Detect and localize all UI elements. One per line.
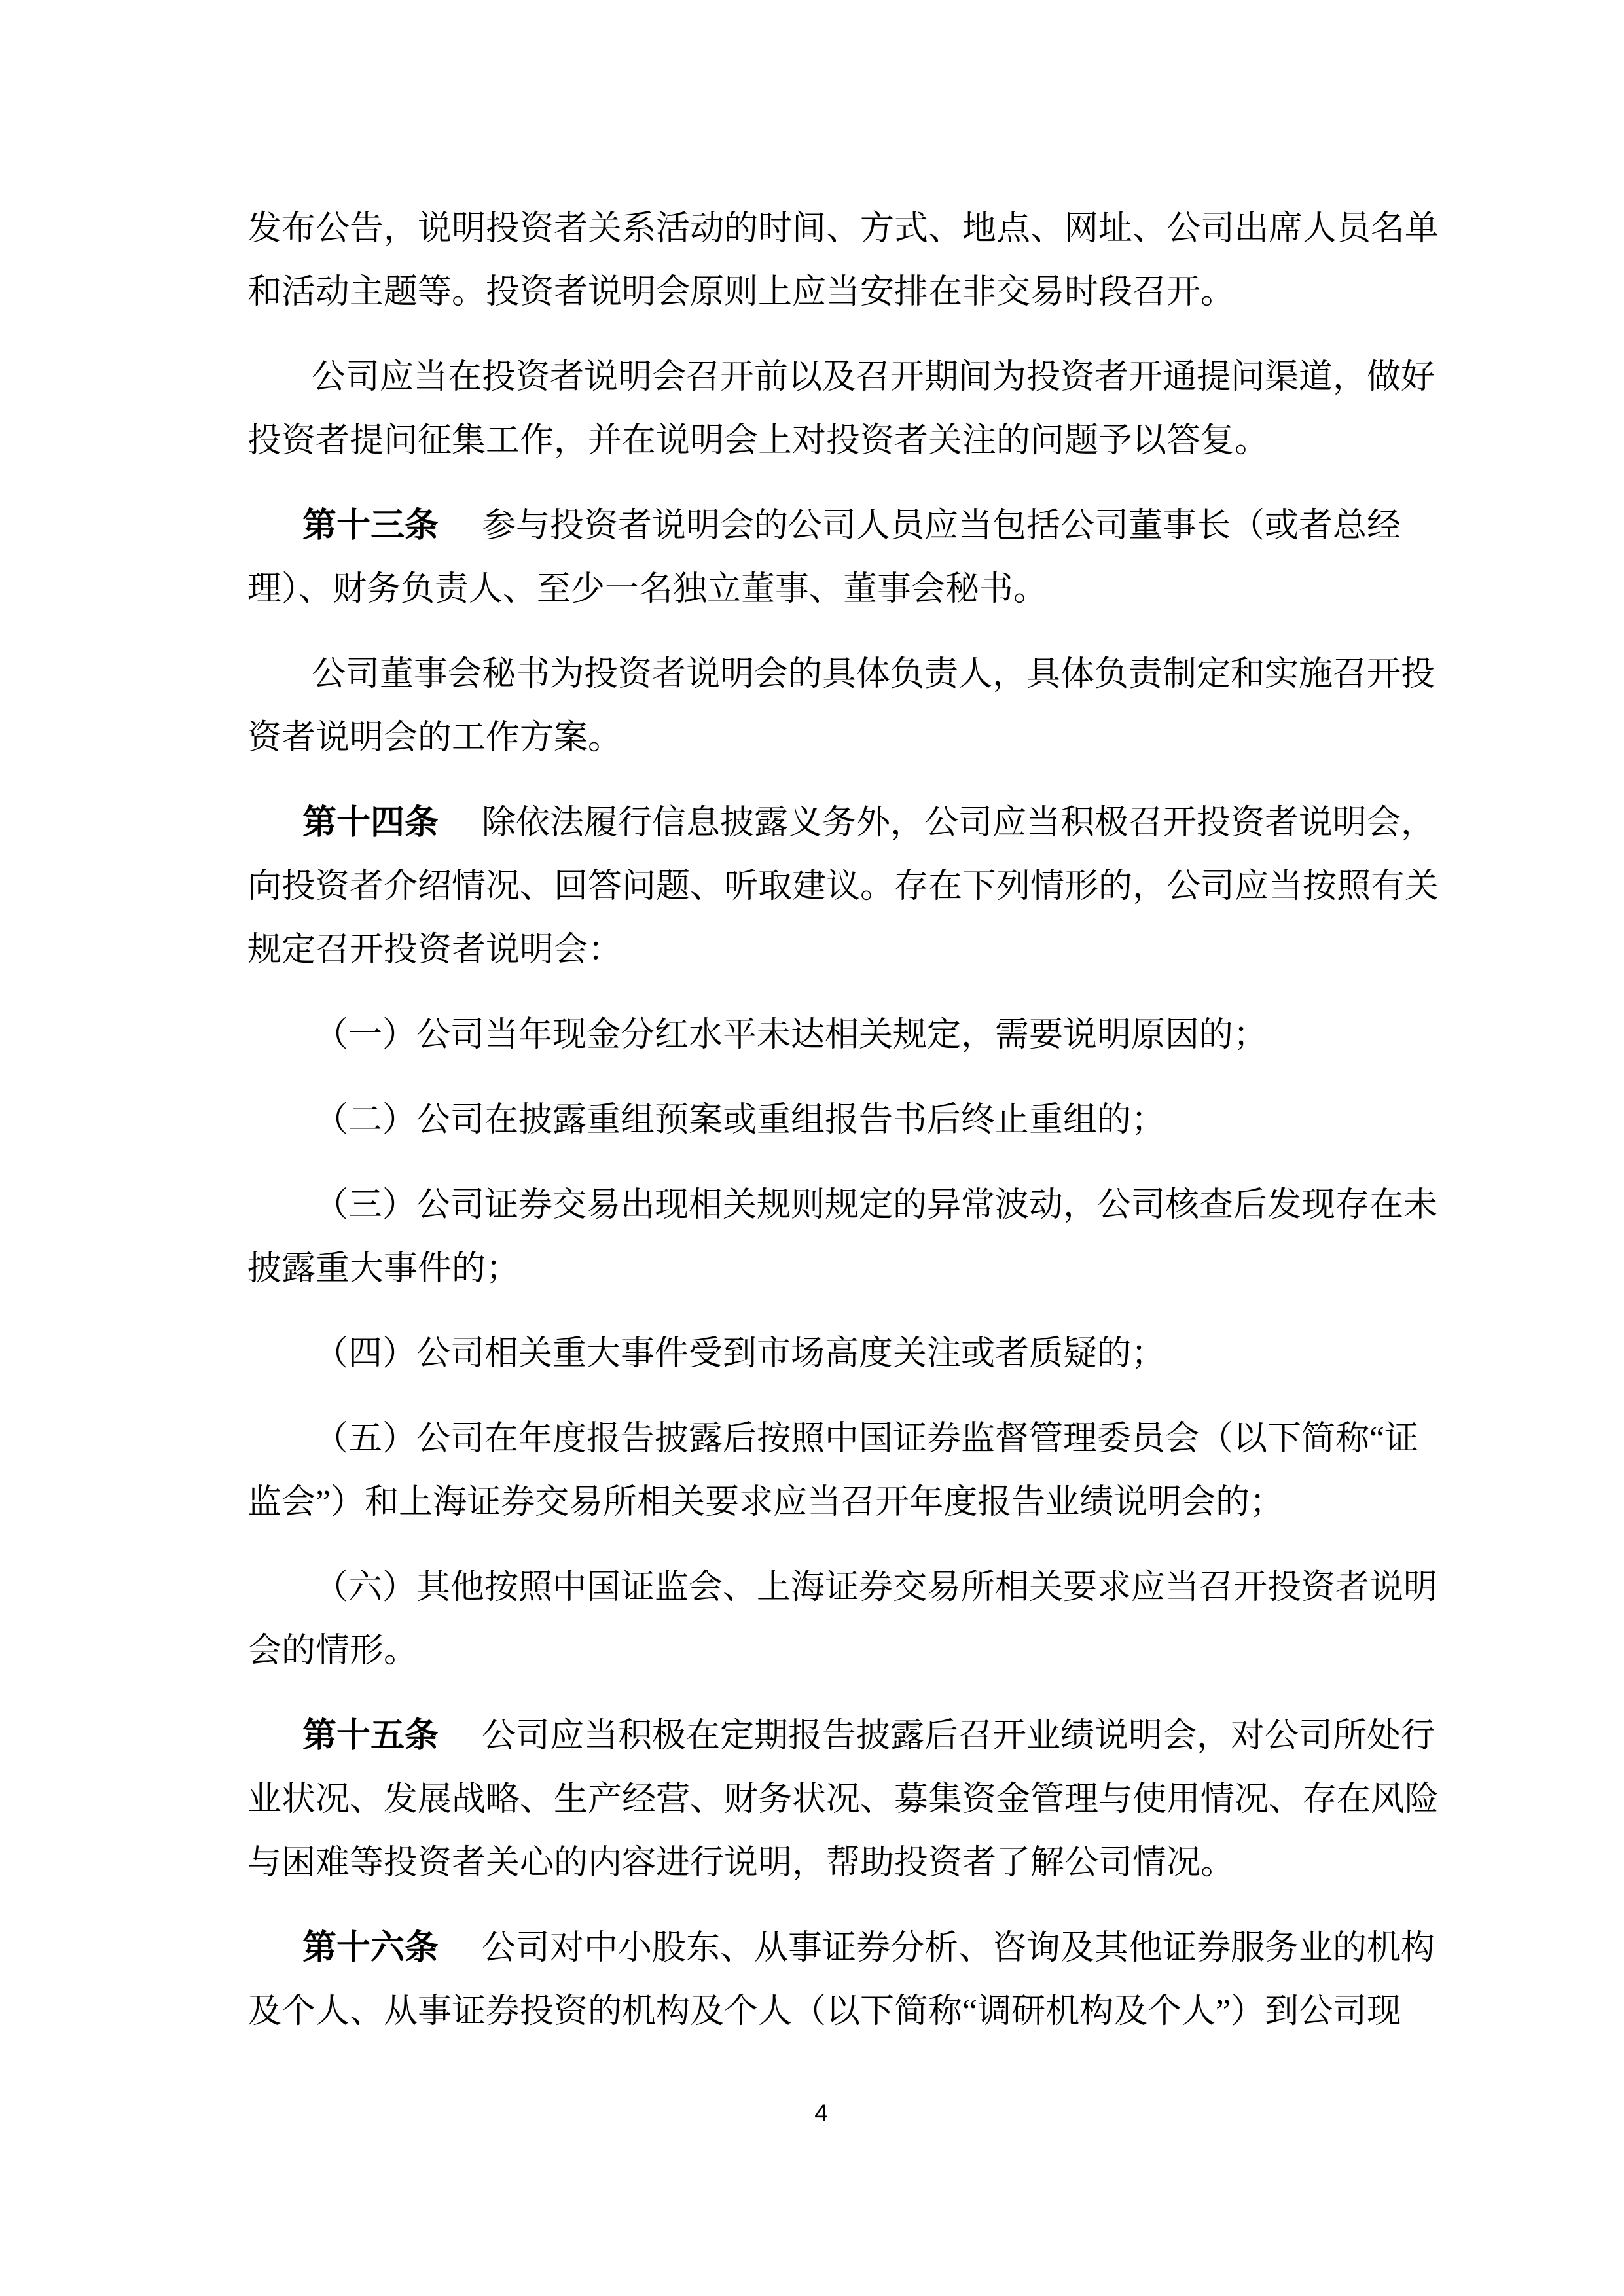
text-line: 规定召开投资者说明会： [247, 918, 1379, 982]
article-number: 第十六条 [302, 1916, 439, 1980]
article-number: 第十三条 [302, 494, 439, 558]
document-page: 发布公告，说明投资者关系活动的时间、方式、地点、网址、公司出席人员名单 和活动主… [0, 0, 1624, 2296]
text-line: 第十五条 公司应当积极在定期报告披露后召开业绩说明会，对公司所处行 [247, 1704, 1379, 1768]
text-line: 投资者提问征集工作，并在说明会上对投资者关注的问题予以答复。 [247, 409, 1379, 473]
text-line: 理）、财务负责人、至少一名独立董事、董事会秘书。 [247, 558, 1379, 621]
article-14: 第十四条 除依法履行信息披露义务外，公司应当积极召开投资者说明会， 向投资者介绍… [247, 791, 1379, 982]
page-number: 4 [0, 2096, 1624, 2130]
article-text: 公司对中小股东、从事证券分析、咨询及其他证券服务业的机构 [482, 1916, 1435, 1980]
text-line: 监会”）和上海证券交易所相关要求应当召开年度报告业绩说明会的； [247, 1471, 1379, 1534]
text-line: 资者说明会的工作方案。 [247, 706, 1379, 770]
paragraph-secretary-role: 公司董事会秘书为投资者说明会的具体负责人，具体负责制定和实施召开投 资者说明会的… [247, 643, 1379, 770]
text-line: 会的情形。 [247, 1619, 1379, 1683]
text-line: （一）公司当年现金分红水平未达相关规定，需要说明原因的； [247, 1003, 1379, 1067]
page-body: 发布公告，说明投资者关系活动的时间、方式、地点、网址、公司出席人员名单 和活动主… [247, 197, 1379, 2065]
list-item-5: （五）公司在年度报告披露后按照中国证券监督管理委员会（以下简称“证 监会”）和上… [247, 1407, 1379, 1534]
text-line: 披露重大事件的； [247, 1237, 1379, 1300]
text-line: 向投资者介绍情况、回答问题、听取建议。存在下列情形的，公司应当按照有关 [247, 855, 1379, 918]
text-line: （三）公司证券交易出现相关规则规定的异常波动，公司核查后发现存在未 [247, 1174, 1379, 1237]
paragraph-continuation: 发布公告，说明投资者关系活动的时间、方式、地点、网址、公司出席人员名单 和活动主… [247, 197, 1379, 324]
article-text: 参与投资者说明会的公司人员应当包括公司董事长（或者总经 [482, 494, 1401, 558]
list-item-2: （二）公司在披露重组预案或重组报告书后终止重组的； [247, 1088, 1379, 1152]
text-line: （六）其他按照中国证监会、上海证券交易所相关要求应当召开投资者说明 [247, 1556, 1379, 1619]
list-item-4: （四）公司相关重大事件受到市场高度关注或者质疑的； [247, 1322, 1379, 1386]
text-line: 公司应当在投资者说明会召开前以及召开期间为投资者开通提问渠道，做好 [247, 346, 1379, 409]
text-line: （五）公司在年度报告披露后按照中国证券监督管理委员会（以下简称“证 [247, 1407, 1379, 1471]
text-line: 公司董事会秘书为投资者说明会的具体负责人，具体负责制定和实施召开投 [247, 643, 1379, 706]
article-13: 第十三条 参与投资者说明会的公司人员应当包括公司董事长（或者总经 理）、财务负责… [247, 494, 1379, 621]
text-line: （四）公司相关重大事件受到市场高度关注或者质疑的； [247, 1322, 1379, 1386]
article-number: 第十五条 [302, 1704, 439, 1768]
article-text: 公司应当积极在定期报告披露后召开业绩说明会，对公司所处行 [482, 1704, 1435, 1768]
article-16: 第十六条 公司对中小股东、从事证券分析、咨询及其他证券服务业的机构 及个人、从事… [247, 1916, 1379, 2043]
text-line: 及个人、从事证券投资的机构及个人（以下简称“调研机构及个人”）到公司现 [247, 1980, 1379, 2043]
text-line: 第十四条 除依法履行信息披露义务外，公司应当积极召开投资者说明会， [247, 791, 1379, 855]
article-number: 第十四条 [302, 791, 439, 855]
text-line: 业状况、发展战略、生产经营、财务状况、募集资金管理与使用情况、存在风险 [247, 1768, 1379, 1831]
text-line: 第十三条 参与投资者说明会的公司人员应当包括公司董事长（或者总经 [247, 494, 1379, 558]
list-item-1: （一）公司当年现金分红水平未达相关规定，需要说明原因的； [247, 1003, 1379, 1067]
list-item-6: （六）其他按照中国证监会、上海证券交易所相关要求应当召开投资者说明 会的情形。 [247, 1556, 1379, 1683]
text-line: （二）公司在披露重组预案或重组报告书后终止重组的； [247, 1088, 1379, 1152]
text-line: 发布公告，说明投资者关系活动的时间、方式、地点、网址、公司出席人员名单 [247, 197, 1379, 260]
text-line: 和活动主题等。投资者说明会原则上应当安排在非交易时段召开。 [247, 260, 1379, 324]
text-line: 与困难等投资者关心的内容进行说明，帮助投资者了解公司情况。 [247, 1831, 1379, 1895]
text-line: 第十六条 公司对中小股东、从事证券分析、咨询及其他证券服务业的机构 [247, 1916, 1379, 1980]
list-item-3: （三）公司证券交易出现相关规则规定的异常波动，公司核查后发现存在未 披露重大事件… [247, 1174, 1379, 1300]
article-text: 除依法履行信息披露义务外，公司应当积极召开投资者说明会， [482, 791, 1435, 855]
article-15: 第十五条 公司应当积极在定期报告披露后召开业绩说明会，对公司所处行 业状况、发展… [247, 1704, 1379, 1895]
paragraph-question-channel: 公司应当在投资者说明会召开前以及召开期间为投资者开通提问渠道，做好 投资者提问征… [247, 346, 1379, 473]
